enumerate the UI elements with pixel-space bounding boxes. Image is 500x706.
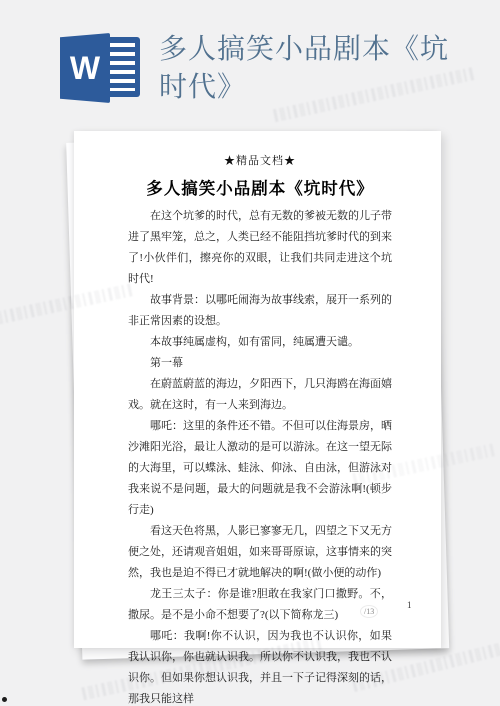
word-icon: W: [58, 32, 146, 104]
doc-paragraph: 哪吒：这里的条件还不错。不但可以住海景房，晒沙滩阳光浴，最让人激动的是可以游泳。…: [128, 416, 392, 521]
premium-doc-badge: ★精品文档★: [128, 152, 392, 168]
doc-paragraph: 看这天色将黑，人影已寥寥无几，四望之下又无方便之处，还请观音姐姐，如来哥哥原谅，…: [128, 521, 392, 584]
doc-paragraph: 本故事纯属虚构，如有雷同，纯属遭天谴。: [128, 332, 392, 353]
document-preview-canvas: W 多人搞笑小品剧本《坑时代》 ★精品文档★ 多人搞笑小品剧本《坑时代》 在这个…: [0, 0, 500, 706]
doc-paragraph: 在这个坑爹的时代，总有无数的爹被无数的儿子带进了黑牢笼，总之，人类已经不能阻挡坑…: [128, 206, 392, 290]
document-page[interactable]: ★精品文档★ 多人搞笑小品剧本《坑时代》 在这个坑爹的时代，总有无数的爹被无数的…: [74, 131, 441, 648]
document-title: 多人搞笑小品剧本《坑时代》: [159, 30, 473, 106]
doc-body: 在这个坑爹的时代，总有无数的爹被无数的儿子带进了黑牢笼，总之，人类已经不能阻挡坑…: [128, 206, 392, 706]
doc-paragraph: 龙王三太子：你是谁?胆敢在我家门口撒野。不，撒尿。是不是小命不想要了?(以下简称…: [128, 584, 392, 626]
word-icon-cover: W: [60, 33, 110, 103]
doc-paragraph: 第一幕: [128, 353, 392, 374]
word-icon-page-lines: [107, 43, 135, 91]
doc-paragraph: 在蔚蓝蔚蓝的海边，夕阳西下，几只海鸥在海面嬉戏。就在这时，有一人来到海边。: [128, 374, 392, 416]
page-number: 1: [407, 600, 412, 610]
doc-page-title: 多人搞笑小品剧本《坑时代》: [128, 175, 392, 199]
screen-artifact-dot: [2, 697, 7, 702]
word-icon-letter: W: [70, 50, 100, 87]
doc-paragraph: 故事背景：以哪吒闹海为故事线索，展开一系列的非正常因素的设想。: [128, 290, 392, 332]
header: W 多人搞笑小品剧本《坑时代》: [0, 0, 500, 115]
doc-paragraph: 哪吒：我啊!你不认识，因为我也不认识你，如果我认识你，你也就认识我。所以你不认识…: [128, 626, 392, 706]
